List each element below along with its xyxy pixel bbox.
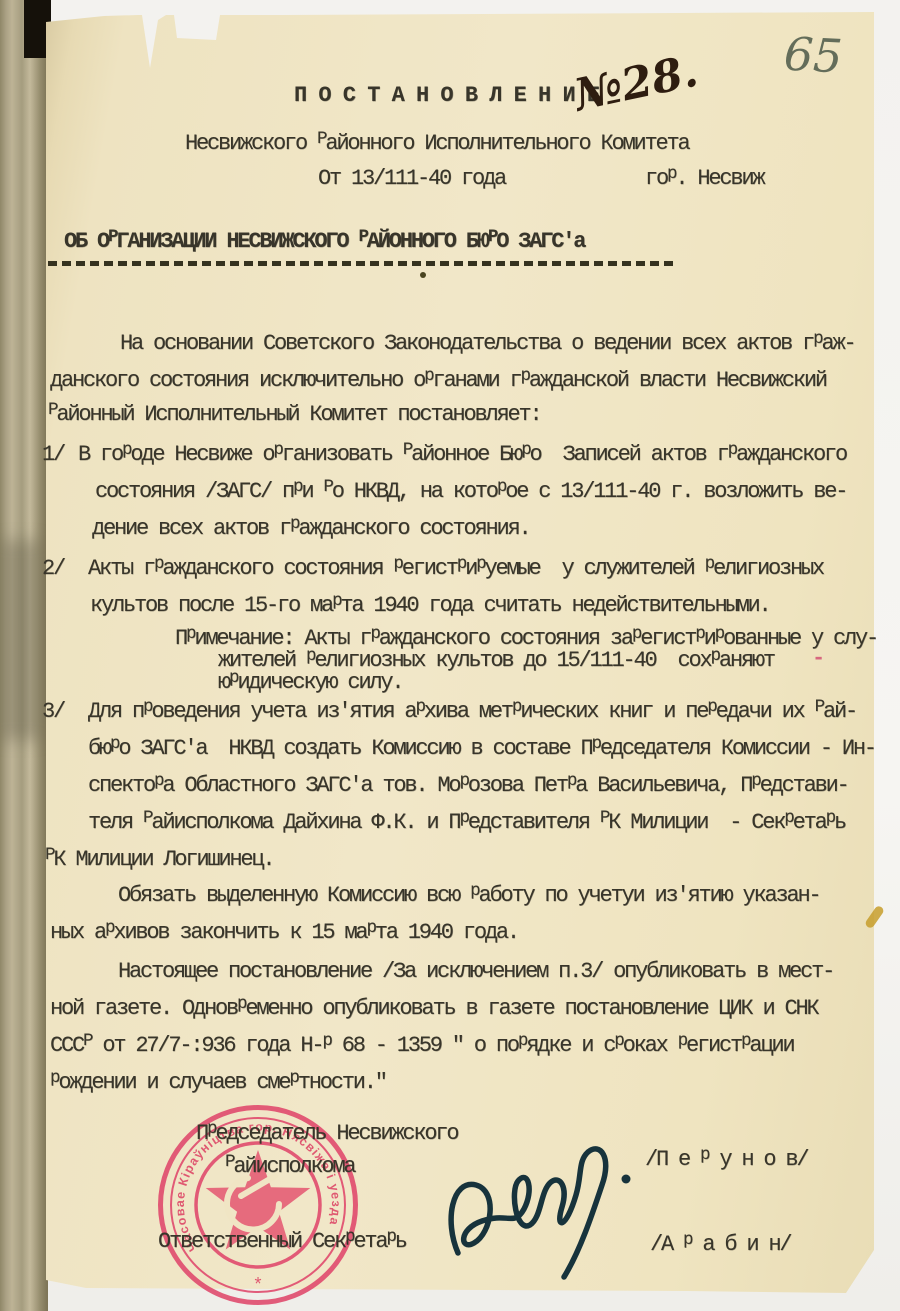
doc-date: От 13/111-40 года <box>318 167 505 191</box>
item2-line: Акты гражданского состояния регистрируем… <box>88 557 823 582</box>
item3-number: 3/ <box>42 700 64 724</box>
handwritten-page-number: 65 <box>783 27 844 84</box>
secretary-title: Ответственный Секретарь <box>158 1230 406 1255</box>
note-line: юридическую силу. <box>218 671 402 696</box>
doc-place: гор. Несвиж <box>645 167 763 192</box>
deadline-line: Обязать выделенную Комиссию всю работу п… <box>118 884 820 909</box>
subject-heading: ОБ ОРГАНИЗАЦИИ НЕСВИЖСКОГО РАЙОННОГО БЮР… <box>64 230 584 255</box>
item3-line: Для проведения учета из'ятия архива метр… <box>88 700 856 725</box>
item2-line: культов после 15-го марта 1940 года счит… <box>90 594 770 619</box>
publish-line: Настоящее постановление /За исключением … <box>118 960 833 984</box>
stamp-separator-star: * <box>254 1274 261 1294</box>
preamble-line: На основании Советского Законодательства… <box>120 332 855 357</box>
item1-line: состояния /ЗАГС/ при Ро НКВД, на которое… <box>95 480 846 505</box>
doc-organization: Несвижского Районного Исполнительного Ко… <box>185 132 688 157</box>
item3-line: бюро ЗАГС'а НКВД создать Комиссию в сост… <box>88 737 875 762</box>
item3-line: теля Райисполкома Дайхина Ф.К. и Предста… <box>88 811 845 836</box>
publish-line: ной газете. Одновременно опубликовать в … <box>50 997 818 1022</box>
signature-scrawl <box>430 1135 670 1285</box>
publish-line: рождении и случаев смертности." <box>50 1071 386 1096</box>
item3-line: РК Милиции Логишинец. <box>45 848 273 873</box>
item2-number: 2/ <box>42 557 64 581</box>
deadline-line: ных архивов закончить к 15 марта 1940 го… <box>50 921 518 946</box>
item3-line: спектора Областного ЗАГС'а тов. Морозова… <box>88 774 848 799</box>
binding-shadow <box>0 540 42 740</box>
publish-line: СССР от 27/7-:936 года Н-р 68 - 1359 " о… <box>50 1034 793 1059</box>
signature-stroke <box>451 1149 606 1277</box>
secretary-name: /А р а б и н/ <box>650 1233 790 1258</box>
item1-line: дение всех актов гражданского состояния. <box>92 517 529 542</box>
red-pencil-dash: - <box>812 646 825 671</box>
item1-line: В городе Несвиже организовать Районное Б… <box>78 443 846 468</box>
preamble-line: данского состояния исключительно органам… <box>50 369 826 394</box>
chairman-title: Райисполкома <box>225 1155 354 1180</box>
doc-title: П О С Т А Н О В Л Е Н И Е <box>294 84 599 108</box>
chairman-title: Председатель Несвижского <box>196 1122 457 1147</box>
dashed-underline <box>48 261 676 266</box>
scanned-document-page: Часовае Кіраўніцтва гор. Нясвіжа і уезда… <box>0 0 900 1311</box>
item1-number: 1/ <box>42 443 64 467</box>
signature-dot <box>622 1175 631 1184</box>
ink-speck <box>420 272 426 278</box>
preamble-line: Районный Исполнительный Комитет постанов… <box>48 403 540 428</box>
